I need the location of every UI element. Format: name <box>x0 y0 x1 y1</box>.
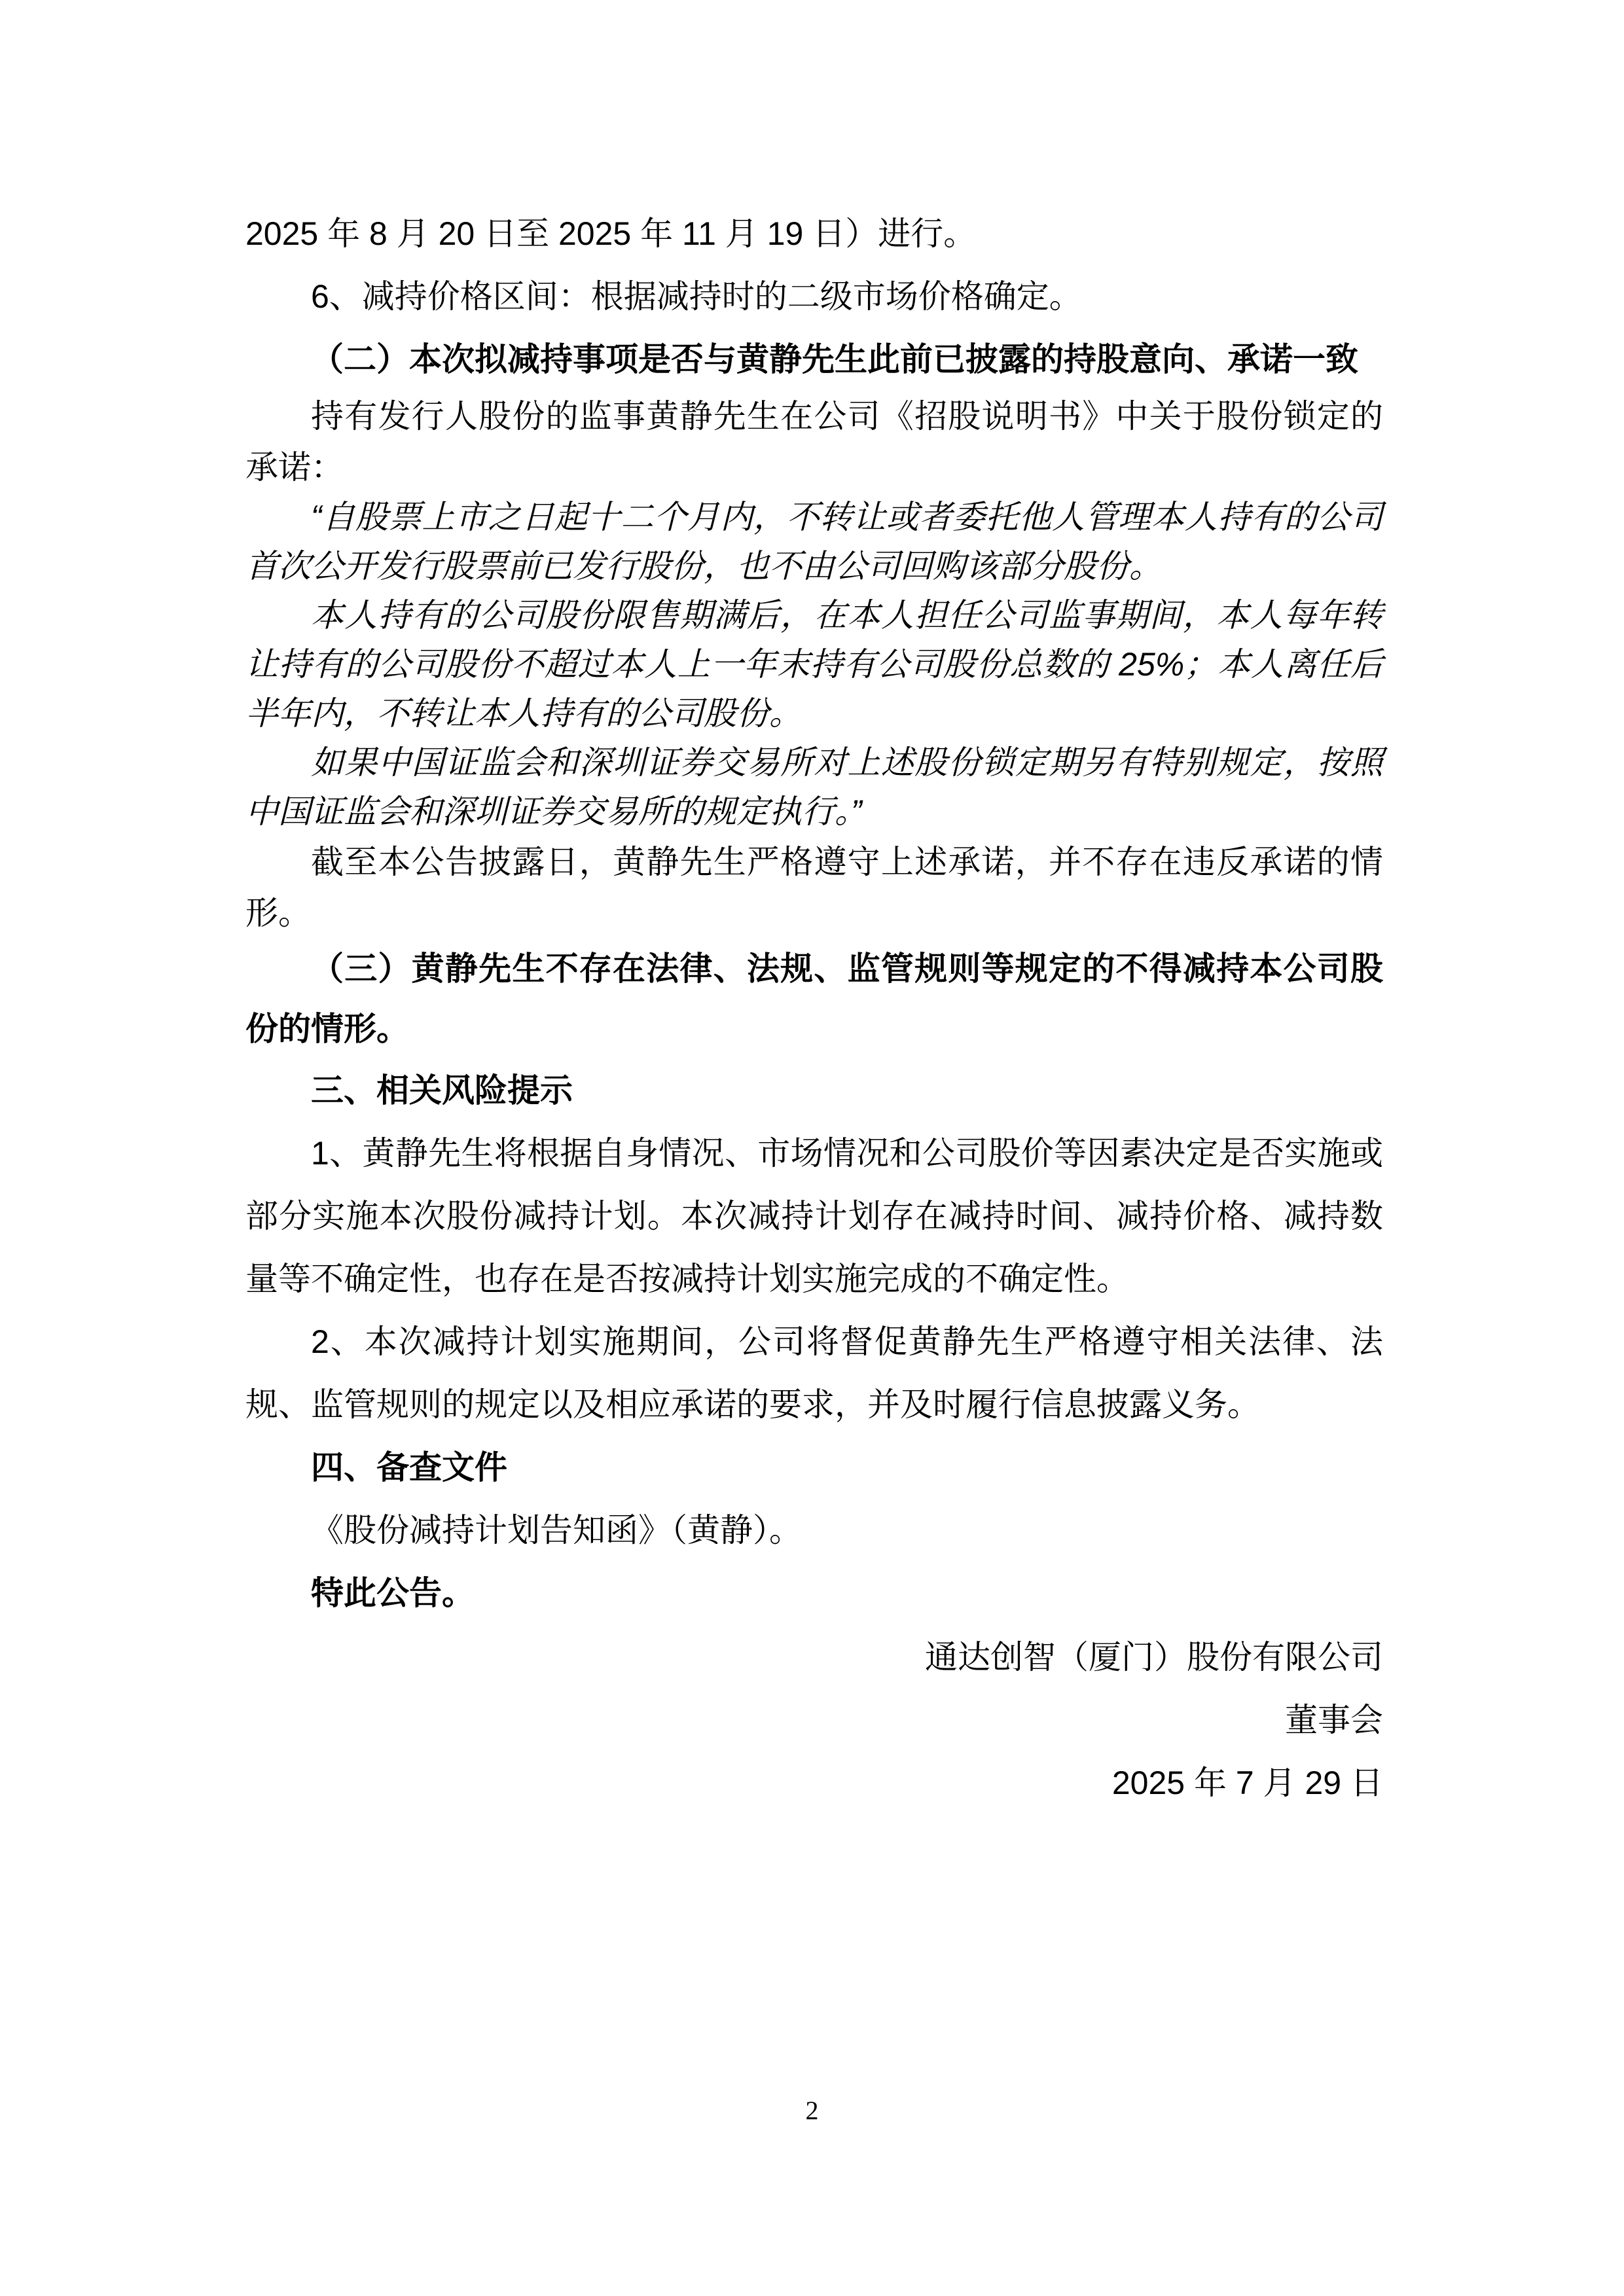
continuation-line: 2025 年 8 月 20 日至 2025 年 11 月 19 日）进行。 <box>245 202 1383 265</box>
risk-item-1: 1、黄静先生将根据自身情况、市场情况和公司股价等因素决定是否实施或部分实施本次股… <box>245 1122 1383 1310</box>
document-body: 2025 年 8 月 20 日至 2025 年 11 月 19 日）进行。 6、… <box>0 0 1624 1814</box>
commitment-quote-block: “自股票上市之日起十二个月内，不转让或者委托他人管理本人持有的公司首次公开发行股… <box>245 493 1383 836</box>
document-page: 2025 年 8 月 20 日至 2025 年 11 月 19 日）进行。 6、… <box>0 0 1624 2296</box>
commitment-quote-paragraph-2: 本人持有的公司股份限售期满后，在本人担任公司监事期间，本人每年转让持有的公司股份… <box>245 591 1383 738</box>
commitment-conclusion: 截至本公告披露日，黄静先生严格遵守上述承诺，并不存在违反承诺的情形。 <box>245 836 1383 939</box>
section-2-heading: （二）本次拟减持事项是否与黄静先生此前已披露的持股意向、承诺一致 <box>245 328 1383 391</box>
page-number: 2 <box>0 2098 1624 2124</box>
docs-section-title: 四、备查文件 <box>245 1436 1383 1499</box>
signature-block: 通达创智（厦门）股份有限公司 董事会 2025 年 7 月 29 日 <box>245 1626 1383 1814</box>
commitment-quote-paragraph-1: “自股票上市之日起十二个月内，不转让或者委托他人管理本人持有的公司首次公开发行股… <box>245 493 1383 591</box>
signature-company: 通达创智（厦门）股份有限公司 <box>245 1626 1383 1689</box>
commitment-intro: 持有发行人股份的监事黄静先生在公司《招股说明书》中关于股份锁定的承诺： <box>245 391 1383 493</box>
docs-item: 《股份减持计划告知函》（黄静）。 <box>245 1499 1383 1562</box>
risk-section-title: 三、相关风险提示 <box>245 1059 1383 1122</box>
risk-item-2: 2、本次减持计划实施期间，公司将督促黄静先生严格遵守相关法律、法规、监管规则的规… <box>245 1310 1383 1436</box>
commitment-quote-paragraph-3: 如果中国证监会和深圳证券交易所对上述股份锁定期另有特别规定，按照中国证监会和深圳… <box>245 738 1383 836</box>
section-3-heading: （三）黄静先生不存在法律、法规、监管规则等规定的不得减持本公司股份的情形。 <box>245 939 1383 1059</box>
signature-date: 2025 年 7 月 29 日 <box>245 1751 1383 1814</box>
signature-signer: 董事会 <box>245 1689 1383 1751</box>
closing-statement: 特此公告。 <box>245 1562 1383 1624</box>
list-item-6: 6、减持价格区间：根据减持时的二级市场价格确定。 <box>245 265 1383 328</box>
